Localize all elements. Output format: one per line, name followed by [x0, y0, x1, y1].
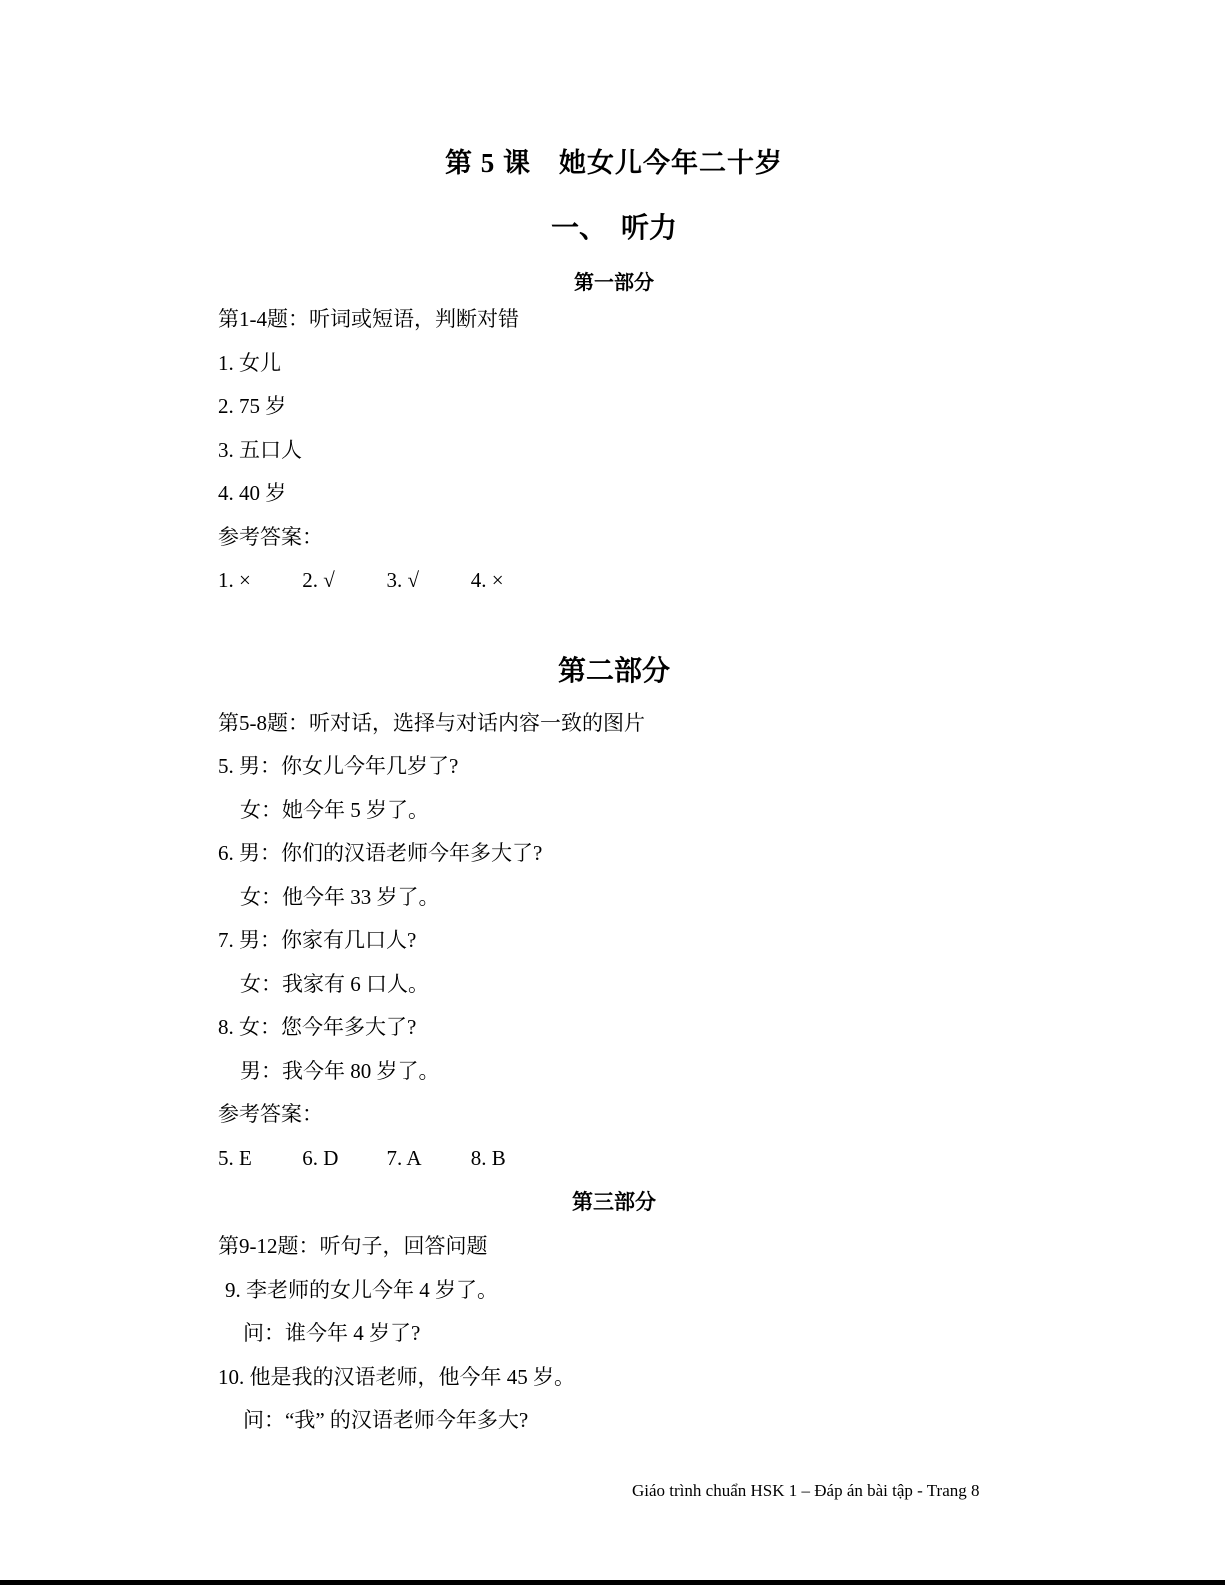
- part1-item-2: 2. 75 岁: [218, 385, 1010, 429]
- part2-dialogue-8-answer: 男：我今年 80 岁了。: [218, 1050, 1010, 1094]
- part1-item-4: 4. 40 岁: [218, 472, 1010, 516]
- part2-instructions: 第5-8题：听对话，选择与对话内容一致的图片: [218, 702, 1010, 746]
- part1-answers-row: 1. × 2. √ 3. √ 4. ×: [218, 559, 1010, 603]
- page-footer: Giáo trình chuẩn HSK 1 – Đáp án bài tập …: [632, 1480, 980, 1502]
- part2-dialogue-6-answer: 女：他今年 33 岁了。: [218, 876, 1010, 920]
- part1-heading: 第一部分: [218, 268, 1010, 298]
- part3-item-10-statement: 10. 他是我的汉语老师，他今年 45 岁。: [218, 1356, 1010, 1400]
- part2-answer-5: 5. E: [218, 1137, 261, 1181]
- part3-instructions: 第9-12题：听句子，回答问题: [218, 1225, 1010, 1269]
- part1-answer-3: 3. √: [387, 559, 430, 603]
- part2-dialogue-7-answer: 女：我家有 6 口人。: [218, 963, 1010, 1007]
- part3-item-9-question: 问：谁今年 4 岁了?: [218, 1312, 1010, 1356]
- part2-dialogue-8-question: 8. 女：您今年多大了?: [218, 1006, 1010, 1050]
- part2-answer-6: 6. D: [302, 1137, 345, 1181]
- part2-answer-7: 7. A: [387, 1137, 430, 1181]
- part3-item-9-statement: 9. 李老师的女儿今年 4 岁了。: [218, 1269, 1010, 1313]
- part2-answer-8: 8. B: [471, 1137, 514, 1181]
- part1-item-1: 1. 女儿: [218, 342, 1010, 386]
- part3-item-10-question: 问：“我” 的汉语老师今年多大?: [218, 1399, 1010, 1443]
- part1-answer-4: 4. ×: [471, 559, 514, 603]
- bottom-edge-bar: [0, 1580, 1225, 1585]
- part2-answers-row: 5. E 6. D 7. A 8. B: [218, 1137, 1010, 1181]
- part2-answers-label: 参考答案：: [218, 1093, 1010, 1137]
- part1-answers-label: 参考答案：: [218, 516, 1010, 560]
- part2-heading: 第二部分: [218, 652, 1010, 692]
- part2-dialogue-7-question: 7. 男：你家有几口人?: [218, 919, 1010, 963]
- part2-dialogue-5-question: 5. 男：你女儿今年几岁了?: [218, 745, 1010, 789]
- part1-instructions: 第1-4题：听词或短语，判断对错: [218, 298, 1010, 342]
- part2-dialogue-6-question: 6. 男：你们的汉语老师今年多大了?: [218, 832, 1010, 876]
- section-heading-listening: 一、 听力: [218, 210, 1010, 248]
- part2-dialogue-5-answer: 女：她今年 5 岁了。: [218, 789, 1010, 833]
- part1-item-3: 3. 五口人: [218, 429, 1010, 473]
- document-page: 第 5 课 她女儿今年二十岁 一、 听力 第一部分 第1-4题：听词或短语，判断…: [0, 0, 1225, 1585]
- lesson-title: 第 5 课 她女儿今年二十岁: [218, 144, 1010, 182]
- part1-answer-2: 2. √: [302, 559, 345, 603]
- document-content: 第 5 课 她女儿今年二十岁 一、 听力 第一部分 第1-4题：听词或短语，判断…: [218, 0, 1010, 1443]
- part1-answer-1: 1. ×: [218, 559, 261, 603]
- part3-heading: 第三部分: [218, 1187, 1010, 1217]
